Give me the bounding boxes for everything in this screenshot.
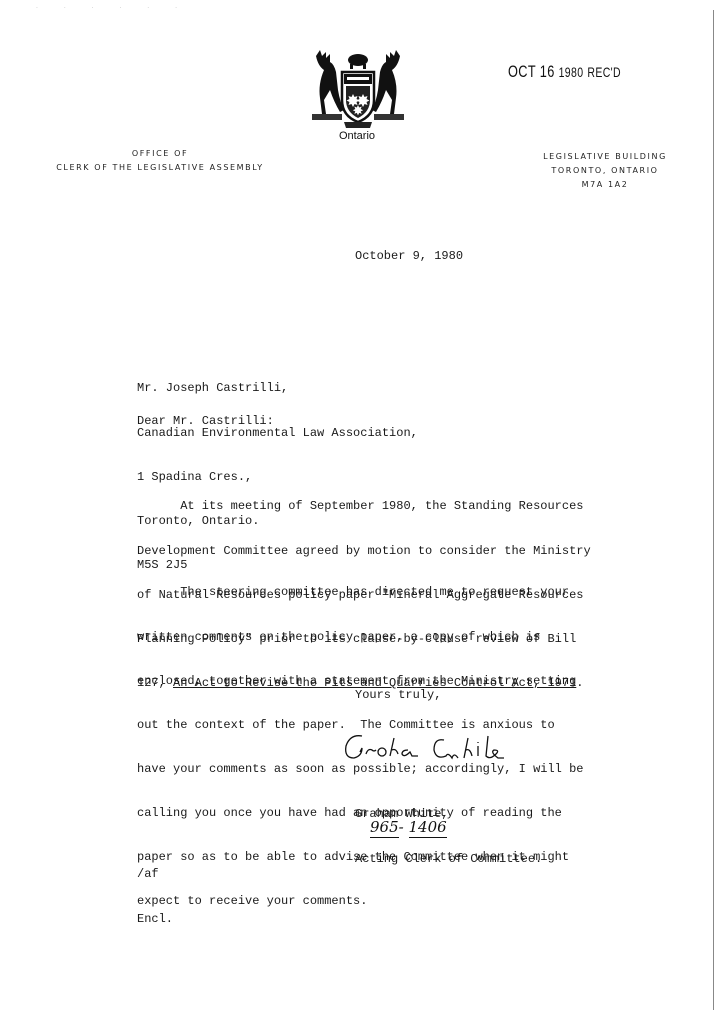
letterhead-office-of: OFFICE OF xyxy=(100,149,220,158)
received-stamp: OCT 16 1980 REC'D xyxy=(508,62,621,82)
signer-title: Acting Clerk of Committee. xyxy=(355,852,542,867)
phone-part-2: 1406 xyxy=(409,818,447,838)
letterhead-city: TORONTO, ONTARIO xyxy=(530,166,680,175)
crest-label: Ontario xyxy=(332,130,382,142)
letterhead-building: LEGISLATIVE BUILDING xyxy=(530,152,680,161)
phone-separator: - xyxy=(399,818,404,836)
stamp-year: 1980 xyxy=(559,64,584,80)
stamp-label: REC'D xyxy=(587,64,621,80)
phone-part-1: 965 xyxy=(370,818,399,838)
body-line: written comments on the policy paper, a … xyxy=(137,630,583,645)
scan-artifact-dots: · · · · · · xyxy=(36,5,189,12)
handwritten-phone-number: 965- 1406 xyxy=(370,818,447,836)
page-edge-line xyxy=(713,10,714,1010)
body-line: expect to receive your comments. xyxy=(137,894,583,909)
body-line: At its meeting of September 1980, the St… xyxy=(137,499,591,514)
stamp-month-day: OCT 16 xyxy=(508,62,555,81)
handwritten-signature xyxy=(340,722,540,772)
letter-page: · · · · · · Ontario OFFICE OF CLERK OF T… xyxy=(0,0,719,1024)
letter-date: October 9, 1980 xyxy=(355,249,463,264)
body-line: enclosed, together with a statement from… xyxy=(137,674,583,689)
reference-block: /af Encl. xyxy=(137,838,173,956)
typist-initials: /af xyxy=(137,867,173,882)
address-line: Mr. Joseph Castrilli, xyxy=(137,381,418,396)
letterhead-clerk: CLERK OF THE LEGISLATIVE ASSEMBLY xyxy=(40,163,280,172)
salutation: Dear Mr. Castrilli: xyxy=(137,414,274,429)
ontario-coat-of-arms-icon xyxy=(310,50,406,130)
letterhead-postal-code: M7A 1A2 xyxy=(530,180,680,189)
body-line: The steering committee has directed me t… xyxy=(137,585,583,600)
closing: Yours truly, xyxy=(355,688,441,703)
enclosure-note: Encl. xyxy=(137,912,173,927)
